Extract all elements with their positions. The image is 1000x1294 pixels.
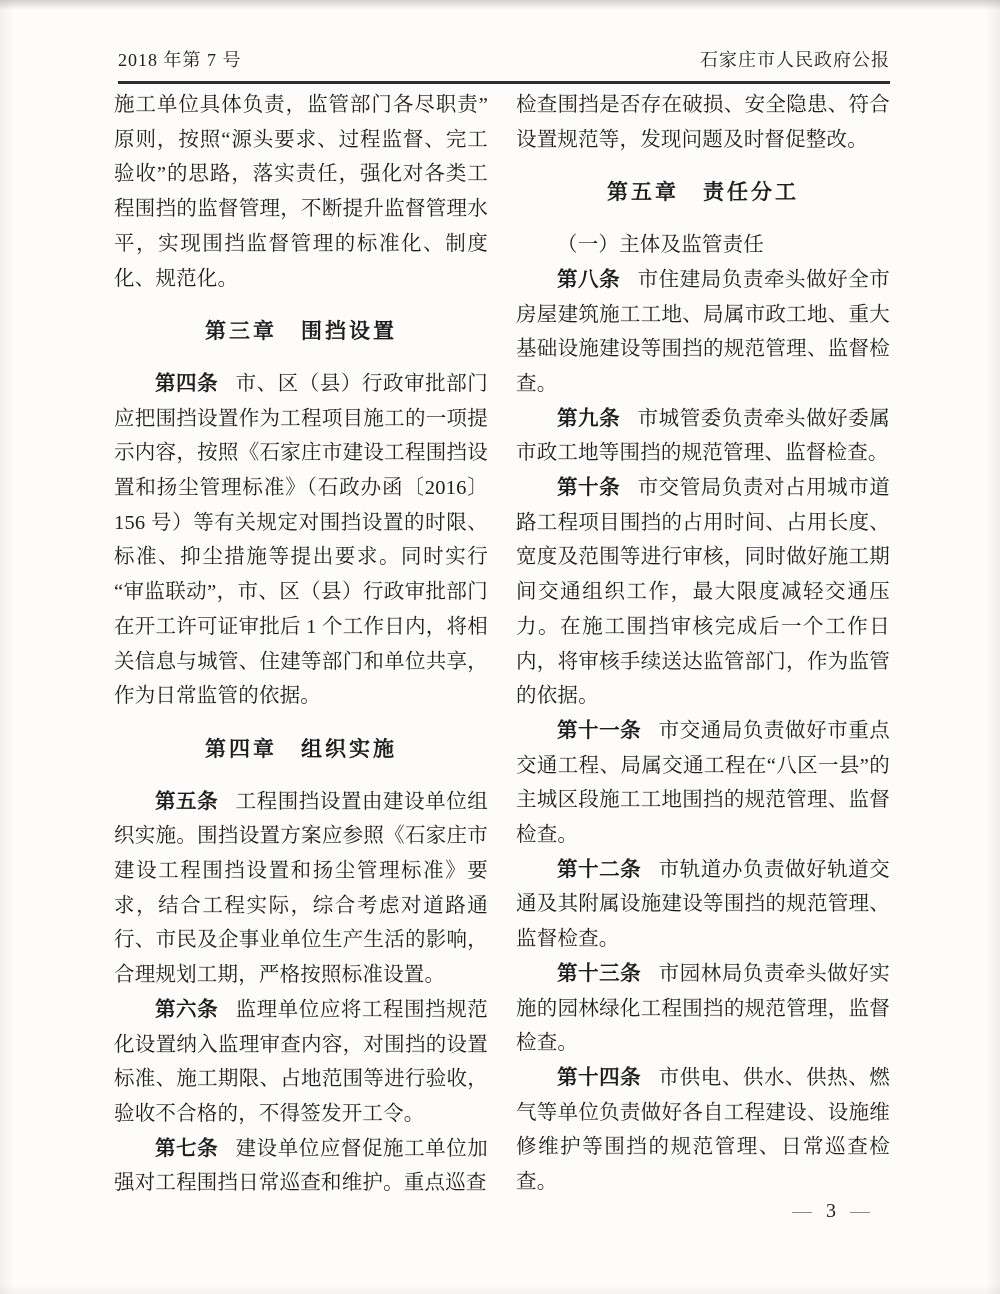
article-11-label: 第十一条 [557,719,641,742]
article-10: 第十条市交管局负责对占用城市道路工程项目围挡的占用时间、占用长度、宽度及范围等进… [516,471,890,714]
article-14-label: 第十四条 [557,1066,641,1089]
paragraph-text: 检查围挡是否存在破损、安全隐患、符合设置规范等，发现问题及时督促整改。 [516,94,890,151]
article-5-label: 第五条 [155,790,218,813]
article-13-label: 第十三条 [557,962,641,985]
article-6: 第六条监理单位应将工程围挡规范化设置纳入监理审查内容，对围挡的设置标准、施工期限… [114,993,488,1132]
running-header: 2018 年第 7 号 石家庄市人民政府公报 [118,46,890,84]
chapter-3-heading: 第三章 围挡设置 [114,315,488,350]
article-4-label: 第四条 [155,372,218,395]
article-8: 第八条市住建局负责牵头做好全市房屋建筑施工工地、局属市政工地、重大基础设施建设等… [516,263,890,402]
article-9-label: 第九条 [557,407,620,430]
left-column: 施工单位具体负责，监管部门各尽职责”原则，按照“源头要求、过程监督、完工验收”的… [114,88,488,1201]
article-10-text: 市交管局负责对占用城市道路工程项目围挡的占用时间、占用长度、宽度及范围等进行审核… [516,477,890,707]
footer-dash-left: — [792,1200,812,1223]
article-9: 第九条市城管委负责牵头做好委属市政工地等围挡的规范管理、监督检查。 [516,402,890,471]
article-6-label: 第六条 [155,998,218,1021]
article-4-text: 市、区（县）行政审批部门应把围挡设置作为工程项目施工的一项提示内容，按照《石家庄… [114,373,488,707]
article-12: 第十二条市轨道办负责做好轨道交通及其附属设施建设等围挡的规范管理、监督检查。 [516,853,890,957]
article-14: 第十四条市供电、供水、供热、燃气等单位负责做好各自工程建设、设施维修维护等围挡的… [516,1061,890,1200]
article-10-label: 第十条 [557,476,620,499]
article-4: 第四条市、区（县）行政审批部门应把围挡设置作为工程项目施工的一项提示内容，按照《… [114,367,488,714]
right-column: 检查围挡是否存在破损、安全隐患、符合设置规范等，发现问题及时督促整改。 第五章 … [516,88,890,1201]
page-number: 3 [826,1200,836,1223]
article-13: 第十三条市园林局负责牵头做好实施的园林绿化工程围挡的规范管理，监督检查。 [516,957,890,1061]
gazette-page: 2018 年第 7 号 石家庄市人民政府公报 施工单位具体负责，监管部门各尽职责… [0,0,1000,1294]
article-5: 第五条工程围挡设置由建设单位组织实施。围挡设置方案应参照《石家庄市建设工程围挡设… [114,785,488,993]
continuation-paragraph: 施工单位具体负责，监管部门各尽职责”原则，按照“源头要求、过程监督、完工验收”的… [114,88,488,296]
article-11: 第十一条市交通局负责做好市重点交通工程、局属交通工程在“八区一县”的主城区段施工… [516,714,890,853]
article-8-label: 第八条 [557,268,620,291]
article-5-text: 工程围挡设置由建设单位组织实施。围挡设置方案应参照《石家庄市建设工程围挡设置和扬… [114,791,488,987]
page-body: 施工单位具体负责，监管部门各尽职责”原则，按照“源头要求、过程监督、完工验收”的… [114,88,890,1201]
publication-title: 石家庄市人民政府公报 [700,46,890,72]
page-footer: — 3 — [792,1200,870,1223]
article-7: 第七条建设单位应督促施工单位加强对工程围挡日常巡查和维护。重点巡查 [114,1132,488,1201]
footer-dash-right: — [850,1200,870,1223]
article-7-label: 第七条 [155,1137,218,1160]
chapter-4-heading: 第四章 组织实施 [114,733,488,768]
chapter-5-heading: 第五章 责任分工 [516,176,890,211]
continuation-paragraph: 检查围挡是否存在破损、安全隐患、符合设置规范等，发现问题及时督促整改。 [516,88,890,157]
paragraph-text: 施工单位具体负责，监管部门各尽职责”原则，按照“源头要求、过程监督、完工验收”的… [114,94,488,290]
issue-number: 2018 年第 7 号 [118,46,242,72]
subsection-1-heading: （一）主体及监管责任 [516,228,890,263]
article-12-label: 第十二条 [557,858,641,881]
